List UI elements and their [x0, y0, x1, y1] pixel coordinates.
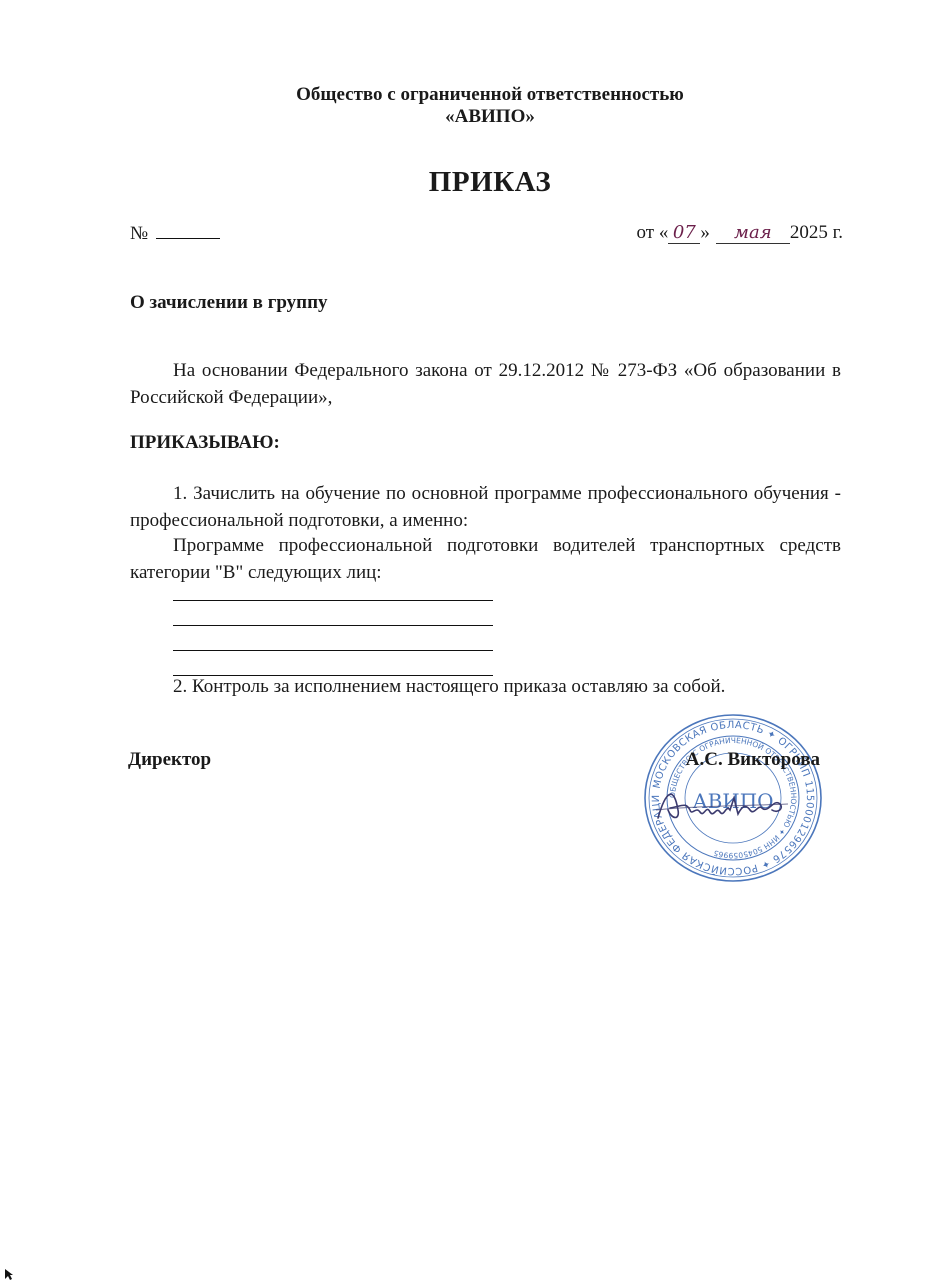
enrollee-blank-line — [173, 625, 493, 626]
mouse-pointer-icon — [4, 1268, 14, 1280]
number-blank-field — [156, 222, 220, 239]
number-label: № — [130, 223, 148, 244]
order-number: № — [130, 222, 220, 245]
enrollee-blank-line — [173, 650, 493, 651]
handwritten-day: 07 — [668, 222, 700, 244]
handwritten-month: мая — [716, 222, 790, 244]
item-1: 1. Зачислить на обучение по основной про… — [130, 480, 841, 534]
organization-name: Общество с ограниченной ответственностью — [0, 84, 931, 106]
item-1-text: 1. Зачислить на обучение по основной про… — [130, 483, 841, 531]
item-2: 2. Контроль за исполнением настоящего пр… — [173, 676, 725, 698]
basis-paragraph: На основании Федерального закона от 29.1… — [130, 357, 841, 411]
document-title: ПРИКАЗ — [0, 166, 931, 199]
item-1-program-text: Программе профессиональной подготовки во… — [130, 535, 841, 583]
basis-text: На основании Федерального закона от 29.1… — [130, 360, 841, 408]
organization-brand: «АВИПО» — [0, 106, 931, 128]
order-subject: О зачислении в группу — [130, 292, 328, 314]
order-date: от «07»мая2025 г. — [637, 222, 843, 244]
date-year: 2025 г. — [790, 222, 843, 243]
signatory-position: Директор — [128, 749, 211, 771]
signatory-name: А.С. Викторова — [686, 749, 820, 771]
order-heading: ПРИКАЗЫВАЮ: — [130, 432, 280, 454]
date-prefix: от « — [637, 222, 669, 243]
handwritten-signature-icon — [652, 780, 792, 830]
date-mid: » — [700, 222, 710, 243]
enrollee-blank-line — [173, 600, 493, 601]
item-1-program: Программе профессиональной подготовки во… — [130, 532, 841, 586]
